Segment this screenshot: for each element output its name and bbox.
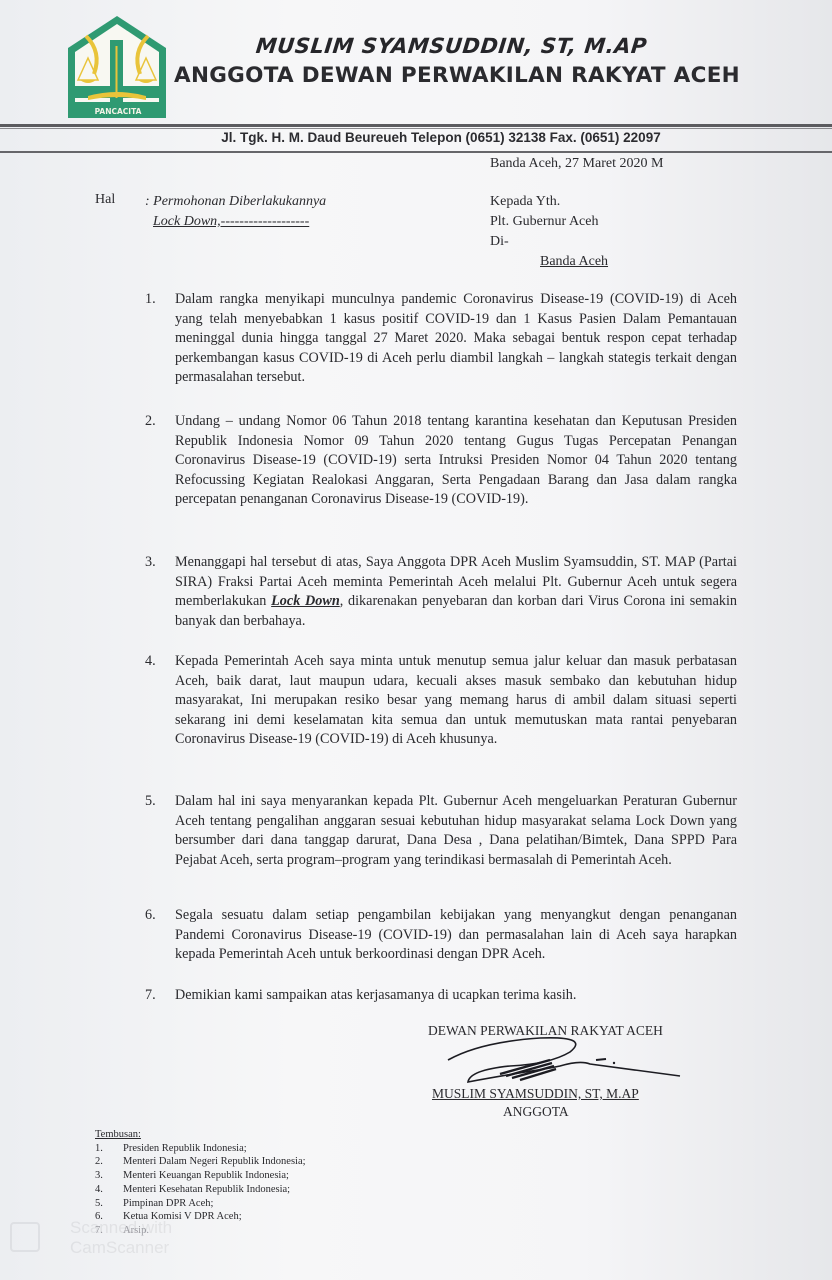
item-text: Segala sesuatu dalam setiap pengambilan … — [175, 906, 737, 965]
aceh-emblem-logo-icon — [64, 12, 170, 120]
body-item-5: 5. Dalam hal ini saya menyarankan kepada… — [145, 792, 737, 870]
watermark-line-1: Scanned with — [26, 1218, 226, 1238]
item-text: Undang – undang Nomor 06 Tahun 2018 tent… — [175, 412, 737, 510]
item-number: 4. — [145, 652, 156, 672]
item-text: Menanggapi hal tersebut di atas, Saya An… — [175, 553, 737, 631]
item-text: Dalam hal ini saya menyarankan kepada Pl… — [175, 792, 737, 870]
body-item-2: 2. Undang – undang Nomor 06 Tahun 2018 t… — [145, 412, 737, 510]
item-text: Kepada Pemerintah Aceh saya minta untuk … — [175, 652, 737, 750]
subject-text: : Permohonan Diberlakukannya Lock Down,-… — [145, 192, 326, 232]
subject-line-2: Lock Down,------------------- — [145, 212, 326, 232]
watermark-line-2: CamScanner — [26, 1238, 226, 1258]
body-item-7: 7. Demikian kami sampaikan atas kerjasam… — [145, 986, 737, 1006]
item-number: 1. — [145, 290, 156, 310]
addressee-line-2: Plt. Gubernur Aceh — [490, 212, 608, 232]
cc-item-number: 3. — [95, 1169, 123, 1183]
date-line: Banda Aceh, 27 Maret 2020 M — [490, 156, 663, 172]
letterhead-address: Jl. Tgk. H. M. Daud Beureueh Telepon (06… — [0, 130, 832, 145]
item-number: 6. — [145, 906, 156, 926]
cc-item-text: Menteri Kesehatan Republik Indonesia; — [123, 1183, 290, 1197]
body-item-1: 1. Dalam rangka menyikapi munculnya pand… — [145, 290, 737, 388]
body-item-6: 6. Segala sesuatu dalam setiap pengambil… — [145, 906, 737, 965]
addressee-city: Banda Aceh — [490, 252, 608, 272]
scanner-watermark: Scanned with CamScanner — [26, 1218, 226, 1273]
signatory-name: MUSLIM SYAMSUDDIN, ST, M.AP — [432, 1086, 639, 1102]
subject-line-1: : Permohonan Diberlakukannya — [145, 192, 326, 212]
body-item-4: 4. Kepada Pemerintah Aceh saya minta unt… — [145, 652, 737, 750]
addressee-line-1: Kepada Yth. — [490, 192, 608, 212]
logo-caption: PANCACITA — [80, 107, 156, 116]
cc-item: 4.Menteri Kesehatan Republik Indonesia; — [95, 1183, 306, 1197]
cc-item: 1.Presiden Republik Indonesia; — [95, 1142, 306, 1156]
addressee-block: Kepada Yth. Plt. Gubernur Aceh Di- Banda… — [490, 192, 608, 272]
cc-item-text: Presiden Republik Indonesia; — [123, 1142, 247, 1156]
item-number: 5. — [145, 792, 156, 812]
header-rule-bottom — [0, 151, 832, 153]
letterhead-name: MUSLIM SYAMSUDDIN, ST, M.AP — [255, 34, 649, 58]
cc-title: Tembusan: — [95, 1128, 306, 1142]
cc-item-number: 1. — [95, 1142, 123, 1156]
item-number: 2. — [145, 412, 156, 432]
item-number: 3. — [145, 553, 156, 573]
letterhead-institution: ANGGOTA DEWAN PERWAKILAN RAKYAT ACEH — [174, 63, 740, 88]
cc-item: 3.Menteri Keuangan Republik Indonesia; — [95, 1169, 306, 1183]
cc-item-number: 5. — [95, 1197, 123, 1211]
subject-label: Hal — [95, 192, 115, 208]
cc-item-number: 2. — [95, 1155, 123, 1169]
cc-item-text: Menteri Dalam Negeri Republik Indonesia; — [123, 1155, 306, 1169]
item-text: Dalam rangka menyikapi munculnya pandemi… — [175, 290, 737, 388]
cc-item: 5.Pimpinan DPR Aceh; — [95, 1197, 306, 1211]
header-rule-top — [0, 124, 832, 127]
signatory-role: ANGGOTA — [503, 1104, 569, 1120]
lockdown-emphasis: Lock Down — [271, 593, 340, 609]
cc-item-number: 4. — [95, 1183, 123, 1197]
item-text: Demikian kami sampaikan atas kerjasamany… — [175, 986, 737, 1006]
addressee-line-3: Di- — [490, 232, 608, 252]
cc-item-text: Pimpinan DPR Aceh; — [123, 1197, 213, 1211]
body-item-3: 3. Menanggapi hal tersebut di atas, Saya… — [145, 553, 737, 631]
header-rule-top-thin — [0, 128, 832, 129]
cc-item-text: Menteri Keuangan Republik Indonesia; — [123, 1169, 289, 1183]
handwritten-signature-icon — [440, 1030, 690, 1090]
cc-item: 2.Menteri Dalam Negeri Republik Indonesi… — [95, 1155, 306, 1169]
item-number: 7. — [145, 986, 156, 1006]
letter-page: PANCACITA MUSLIM SYAMSUDDIN, ST, M.AP AN… — [0, 0, 832, 1280]
